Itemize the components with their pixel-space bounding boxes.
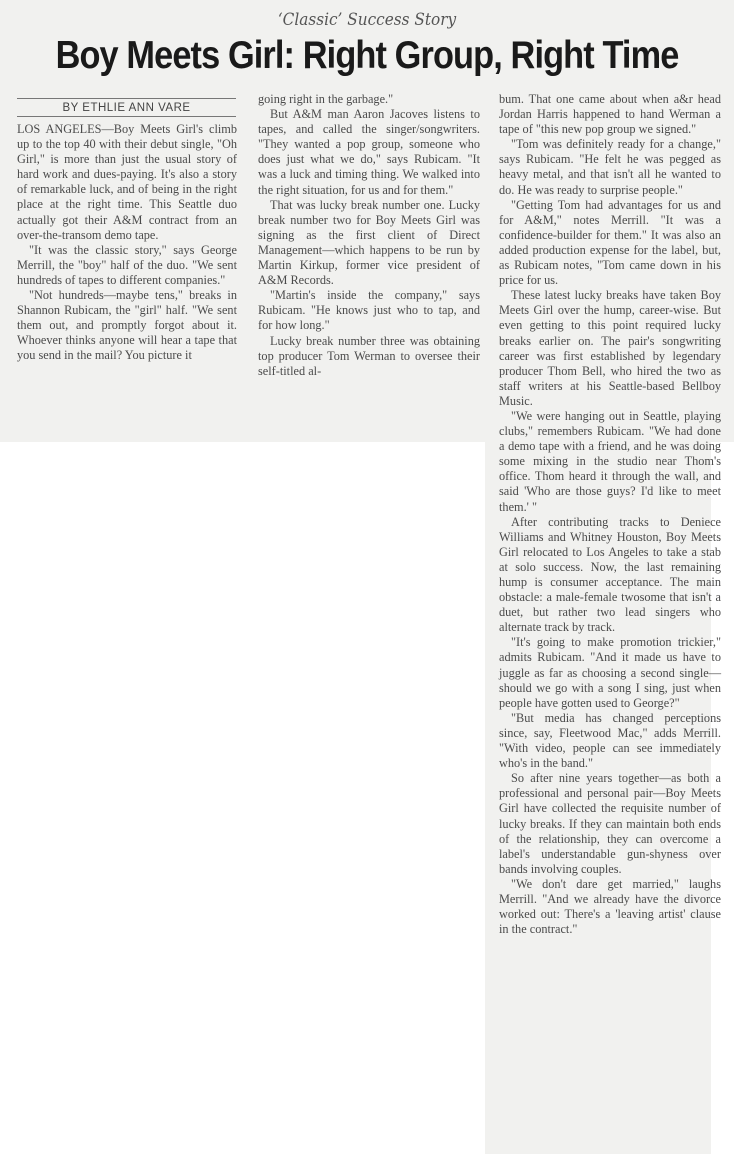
byline: BY ETHLIE ANN VARE: [17, 98, 236, 117]
paragraph: That was lucky break number one. Lucky b…: [258, 198, 480, 289]
paragraph: So after nine years together—as both a p…: [499, 771, 721, 877]
paragraph: Lucky break number three was obtaining t…: [258, 334, 480, 379]
paragraph: "But media has changed perceptions since…: [499, 711, 721, 771]
article-column-3: bum. That one came about when a&r head J…: [499, 92, 721, 937]
paragraph: "It's going to make promotion trickier,"…: [499, 635, 721, 710]
paragraph: going right in the garbage.": [258, 92, 480, 107]
article-column-2: going right in the garbage." But A&M man…: [258, 92, 480, 379]
paragraph: After contributing tracks to Deniece Wil…: [499, 515, 721, 636]
paragraph: "We don't dare get married," laughs Merr…: [499, 877, 721, 937]
paragraph: "It was the classic story," says George …: [17, 243, 237, 288]
paragraph: But A&M man Aaron Jacoves listens to tap…: [258, 107, 480, 198]
paragraph: bum. That one came about when a&r head J…: [499, 92, 721, 137]
paragraph: "Not hundreds—maybe tens," breaks in Sha…: [17, 288, 237, 363]
headline: Boy Meets Girl: Right Group, Right Time: [44, 34, 690, 78]
paragraph: These latest lucky breaks have taken Boy…: [499, 288, 721, 409]
paragraph: "We were hanging out in Seattle, playing…: [499, 409, 721, 515]
paragraph: "Getting Tom had advantages for us and f…: [499, 198, 721, 289]
paragraph: "Martin's inside the company," says Rubi…: [258, 288, 480, 333]
article-column-1: LOS ANGELES—Boy Meets Girl's climb up to…: [17, 122, 237, 364]
paragraph: "Tom was definitely ready for a change,"…: [499, 137, 721, 197]
kicker: ‘Classic’ Success Story: [37, 10, 698, 30]
paragraph: LOS ANGELES—Boy Meets Girl's climb up to…: [17, 122, 237, 243]
